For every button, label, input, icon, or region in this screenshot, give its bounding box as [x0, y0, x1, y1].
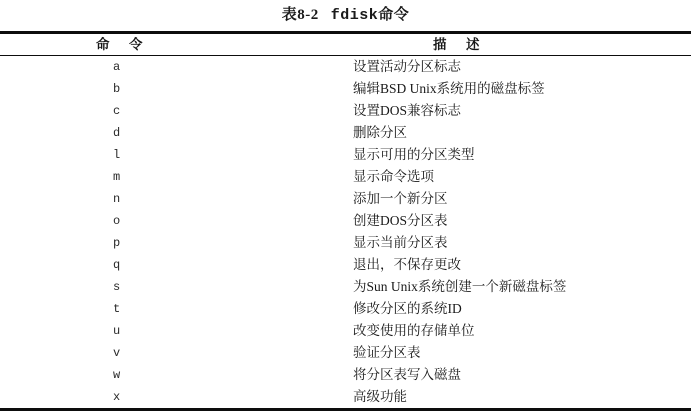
command-cell: m: [0, 166, 353, 188]
column-header-description: 描 述: [433, 34, 483, 55]
command-cell: x: [0, 386, 353, 408]
book-page: 表8-2fdisk命令 命 令 描 述 a 设置活动分区标志 b 编辑BSD U…: [0, 0, 691, 414]
description-cell: 添加一个新分区: [353, 188, 691, 210]
description-cell: 显示命令选项: [353, 166, 691, 188]
column-header-command: 命 令: [96, 34, 146, 55]
description-cell: 为Sun Unix系统创建一个新磁盘标签: [353, 276, 691, 298]
command-cell: p: [0, 232, 353, 254]
description-cell: 创建DOS分区表: [353, 210, 691, 232]
table-header-row: 命 令 描 述: [0, 34, 691, 55]
command-cell: n: [0, 188, 353, 210]
description-cell: 设置活动分区标志: [353, 56, 691, 78]
table-row: o 创建DOS分区表: [0, 210, 691, 232]
command-cell: b: [0, 78, 353, 100]
command-cell: u: [0, 320, 353, 342]
table-title-command-name: fdisk: [331, 7, 379, 24]
command-cell: v: [0, 342, 353, 364]
description-cell: 设置DOS兼容标志: [353, 100, 691, 122]
table-row: x 高级功能: [0, 386, 691, 408]
table-row: m 显示命令选项: [0, 166, 691, 188]
description-cell: 显示当前分区表: [353, 232, 691, 254]
table-row: n 添加一个新分区: [0, 188, 691, 210]
description-cell: 修改分区的系统ID: [353, 298, 691, 320]
command-cell: w: [0, 364, 353, 386]
table-row: p 显示当前分区表: [0, 232, 691, 254]
table-body: a 设置活动分区标志 b 编辑BSD Unix系统用的磁盘标签 c 设置DOS兼…: [0, 56, 691, 408]
table-row: s 为Sun Unix系统创建一个新磁盘标签: [0, 276, 691, 298]
table-row: w 将分区表写入磁盘: [0, 364, 691, 386]
table-row: b 编辑BSD Unix系统用的磁盘标签: [0, 78, 691, 100]
command-cell: t: [0, 298, 353, 320]
table-row: c 设置DOS兼容标志: [0, 100, 691, 122]
command-cell: s: [0, 276, 353, 298]
description-cell: 验证分区表: [353, 342, 691, 364]
description-cell: 高级功能: [353, 386, 691, 408]
description-cell: 显示可用的分区类型: [353, 144, 691, 166]
command-cell: l: [0, 144, 353, 166]
table-title: 表8-2fdisk命令: [0, 3, 691, 24]
command-cell: q: [0, 254, 353, 276]
table-row: d 删除分区: [0, 122, 691, 144]
table-row: l 显示可用的分区类型: [0, 144, 691, 166]
description-cell: 编辑BSD Unix系统用的磁盘标签: [353, 78, 691, 100]
table-row: u 改变使用的存储单位: [0, 320, 691, 342]
table-number: 表8-2: [282, 7, 319, 23]
command-cell: c: [0, 100, 353, 122]
command-cell: d: [0, 122, 353, 144]
table-row: q 退出，不保存更改: [0, 254, 691, 276]
description-cell: 删除分区: [353, 122, 691, 144]
description-cell: 改变使用的存储单位: [353, 320, 691, 342]
description-cell: 将分区表写入磁盘: [353, 364, 691, 386]
table-title-suffix: 命令: [378, 7, 409, 23]
command-cell: a: [0, 56, 353, 78]
table-row: v 验证分区表: [0, 342, 691, 364]
table-row: a 设置活动分区标志: [0, 56, 691, 78]
description-cell: 退出，不保存更改: [353, 254, 691, 276]
command-cell: o: [0, 210, 353, 232]
bottom-rule: [0, 408, 691, 411]
table-row: t 修改分区的系统ID: [0, 298, 691, 320]
